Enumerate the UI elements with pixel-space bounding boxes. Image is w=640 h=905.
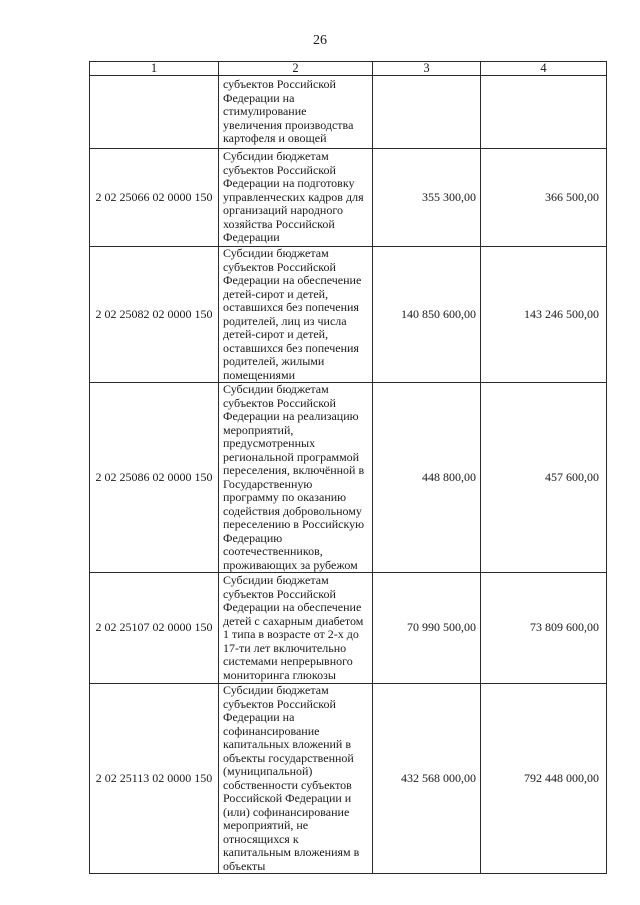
description: Субсидии бюджетам субъектов Российской Ф… xyxy=(219,573,373,684)
table-row: 2 02 25066 02 0000 150 Субсидии бюджетам… xyxy=(90,149,607,247)
amount-col3 xyxy=(373,76,481,149)
description: Субсидии бюджетам субъектов Российской Ф… xyxy=(219,684,373,874)
table-row: 2 02 25086 02 0000 150 Субсидии бюджетам… xyxy=(90,383,607,573)
amount-col3: 355 300,00 xyxy=(373,149,481,247)
amount-col4 xyxy=(481,76,607,149)
budget-code: 2 02 25107 02 0000 150 xyxy=(90,573,219,684)
budget-code: 2 02 25082 02 0000 150 xyxy=(90,247,219,383)
column-header-1: 1 xyxy=(90,62,219,76)
column-header-4: 4 xyxy=(481,62,607,76)
budget-code xyxy=(90,76,219,149)
amount-col3: 140 850 600,00 xyxy=(373,247,481,383)
amount-col3: 70 990 500,00 xyxy=(373,573,481,684)
column-header-3: 3 xyxy=(373,62,481,76)
description: субъектов Российской Федерации на стимул… xyxy=(219,76,373,149)
amount-col4: 73 809 600,00 xyxy=(481,573,607,684)
header-row: 1 2 3 4 xyxy=(90,62,607,76)
description: Субсидии бюджетам субъектов Российской Ф… xyxy=(219,149,373,247)
table-row: 2 02 25107 02 0000 150 Субсидии бюджетам… xyxy=(90,573,607,684)
description: Субсидии бюджетам субъектов Российской Ф… xyxy=(219,383,373,573)
table-row: 2 02 25113 02 0000 150 Субсидии бюджетам… xyxy=(90,684,607,874)
budget-code: 2 02 25086 02 0000 150 xyxy=(90,383,219,573)
budget-table: 1 2 3 4 субъектов Российской Федерации н… xyxy=(89,61,607,874)
amount-col3: 432 568 000,00 xyxy=(373,684,481,874)
page-number: 26 xyxy=(0,33,640,49)
description: Субсидии бюджетам субъектов Российской Ф… xyxy=(219,247,373,383)
budget-code: 2 02 25113 02 0000 150 xyxy=(90,684,219,874)
column-header-2: 2 xyxy=(219,62,373,76)
amount-col4: 143 246 500,00 xyxy=(481,247,607,383)
table-row: субъектов Российской Федерации на стимул… xyxy=(90,76,607,149)
amount-col4: 366 500,00 xyxy=(481,149,607,247)
amount-col4: 792 448 000,00 xyxy=(481,684,607,874)
table-row: 2 02 25082 02 0000 150 Субсидии бюджетам… xyxy=(90,247,607,383)
amount-col4: 457 600,00 xyxy=(481,383,607,573)
amount-col3: 448 800,00 xyxy=(373,383,481,573)
budget-code: 2 02 25066 02 0000 150 xyxy=(90,149,219,247)
